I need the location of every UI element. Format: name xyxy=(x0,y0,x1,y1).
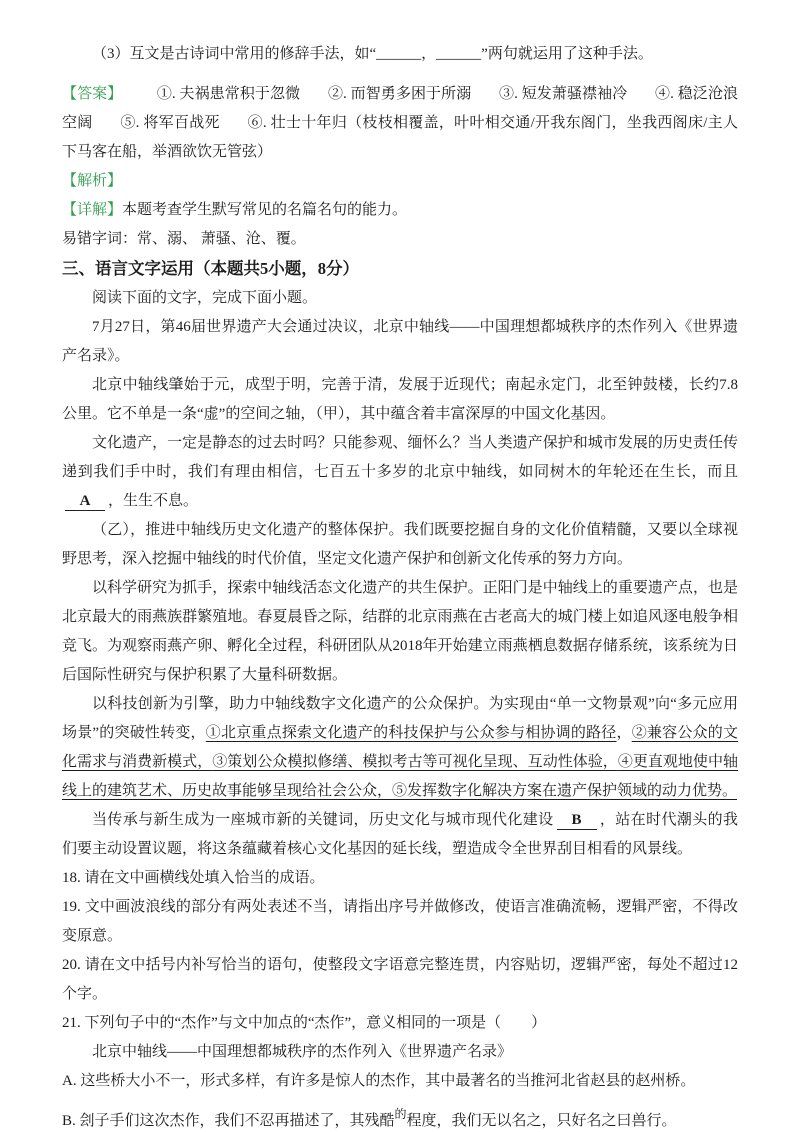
passage-paragraph-3: 文化遗产，一定是静态的过去时吗？只能参观、缅怀么？当人类遗产保护和城市发展的历史… xyxy=(62,429,738,516)
answer-label: 【答案】 xyxy=(62,86,122,102)
blank-a: A xyxy=(65,492,105,511)
detail-block: 【详解】本题考查学生默写常见的名篇名句的能力。 xyxy=(62,196,738,225)
analysis-label: 【解析】 xyxy=(62,173,122,189)
answer-item-3: ③. 短发萧骚襟袖冷 xyxy=(499,86,627,102)
option-a: A. 这些桥大小不一，形式多样，有许多是惊人的杰作，其中最著名的当推河北省赵县的… xyxy=(62,1067,738,1096)
option-b-pre: B. 刽子手们这次杰作，我们不忍再描述了，其残酷 xyxy=(62,1113,395,1129)
answer-item-2: ②. 而智勇多困于所溺 xyxy=(328,86,471,102)
question-21-quote: 北京中轴线——中国理想都城秩序的杰作列入《世界遗产名录》 xyxy=(62,1038,738,1067)
blank-b: B xyxy=(557,811,597,830)
option-b: B. 刽子手们这次杰作，我们不忍再描述了，其残酷的程度，我们无以名之，只好名之曰… xyxy=(62,1100,738,1132)
passage-paragraph-7: 当传承与新生成为一座城市新的关键词，历史文化与城市现代化建设B，站在时代潮头的我… xyxy=(62,806,738,864)
passage-paragraph-6: 以科技创新为引擎，助力中轴线数字文化遗产的公众保护。为实现由“单一文物景观”向“… xyxy=(62,690,738,806)
detail-text: 本题考查学生默写常见的名篇名句的能力。 xyxy=(122,202,407,218)
passage-paragraph-1: 7月27日，第46届世界遗产大会通过决议，北京中轴线——中国理想都城秩序的杰作列… xyxy=(62,313,738,371)
p7-text-pre: 当传承与新生成为一座城市新的关键词，历史文化与城市现代化建设 xyxy=(92,812,554,828)
exam-document-page: （3）互文是古诗词中常用的修辞手法，如“______，______”两句就运用了… xyxy=(0,0,800,1132)
option-b-post: 程度，我们无以名之，只好名之曰兽行。 xyxy=(407,1113,677,1129)
answer-items: ①. 夫祸患常积于忽微②. 而智勇多困于所溺③. 短发萧骚襟袖冷④. 稳泛沧浪空… xyxy=(62,86,738,160)
question-18: 18. 请在文中画横线处填入恰当的成语。 xyxy=(62,864,738,893)
section-heading: 三、语言文字运用（本题共5小题，8分） xyxy=(62,254,738,284)
detail-label: 【详解】 xyxy=(62,202,122,218)
question-21: 21. 下列句子中的“杰作”与文中加点的“杰作”，意义相同的一项是（ ） xyxy=(62,1009,738,1038)
question-20: 20. 请在文中括号内补写恰当的语句，使整段文字语意完整连贯，内容贴切，逻辑严密… xyxy=(62,951,738,1009)
underlined-clause-5: ⑤发挥数字化解决方案在遗产保护领域的动力优势。 xyxy=(392,783,737,799)
p6-comma: ， xyxy=(616,725,631,741)
question-19: 19. 文中画波浪线的部分有两处表述不当，请指出序号并做修改，使语言准确流畅，逻… xyxy=(62,893,738,951)
passage-paragraph-4: （乙），推进中轴线历史文化遗产的整体保护。我们既要挖掘自身的文化价值精髓，又要以… xyxy=(62,516,738,574)
underlined-clause-3: ③策划公众模拟修缮、模拟考古等可视化呈现、互动性体验， xyxy=(212,754,618,770)
p3-text-post: ，生生不息。 xyxy=(108,493,198,509)
error-words-line: 易错字词：常、溺、 萧骚、沧、覆。 xyxy=(62,225,738,254)
passage-paragraph-2: 北京中轴线肇始于元，成型于明，完善于清，发展于近现代；南起永定门，北至钟鼓楼，长… xyxy=(62,371,738,429)
answer-block: 【答案】①. 夫祸患常积于忽微②. 而智勇多困于所溺③. 短发萧骚襟袖冷④. 稳… xyxy=(62,80,738,167)
analysis-block: 【解析】 xyxy=(62,167,738,196)
superscript-de: 的 xyxy=(395,1107,407,1121)
underlined-clause-1: ①北京重点探索文化遗产的科技保护与公众参与相协调的路径 xyxy=(206,725,617,741)
question-3-line: （3）互文是古诗词中常用的修辞手法，如“______，______”两句就运用了… xyxy=(62,40,738,69)
p3-text-pre: 文化遗产，一定是静态的过去时吗？只能参观、缅怀么？当人类遗产保护和城市发展的历史… xyxy=(62,435,738,480)
answer-item-1: ①. 夫祸患常积于忽微 xyxy=(157,86,300,102)
answer-item-5: ⑤. 将军百战死 xyxy=(120,115,220,131)
reading-intro: 阅读下面的文字，完成下面小题。 xyxy=(62,284,738,313)
passage-paragraph-5: 以科学研究为抓手，探索中轴线活态文化遗产的共生保护。正阳门是中轴线上的重要遗产点… xyxy=(62,574,738,690)
